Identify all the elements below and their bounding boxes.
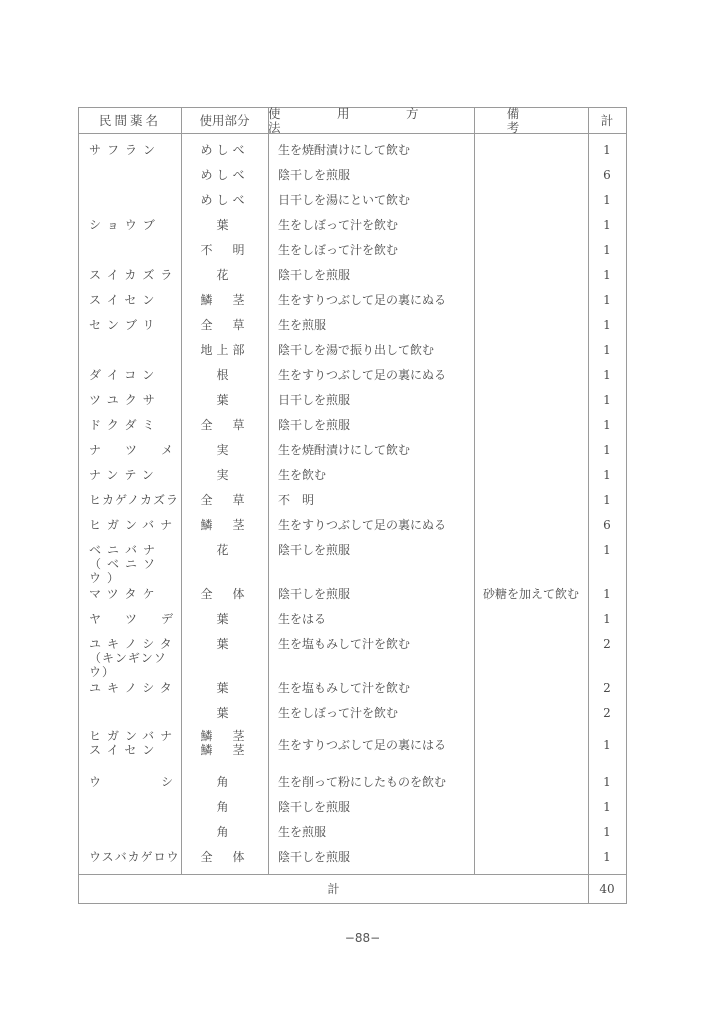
remarks-cell [474,264,588,289]
medicine-name-cell: ツユクサ [79,389,181,414]
medicine-name-cell: ベニバナ（ベニソウ） [79,539,181,581]
total-count: 40 [588,875,626,903]
total-row: 計 40 [79,875,626,903]
medicine-alt-name: （ベニソウ） [89,557,181,585]
count-cell: 1 [588,464,626,489]
medicine-name: ツユクサ [89,393,181,407]
count-cell: 1 [588,539,626,581]
table-row: ヒガンバナ鱗 茎生をすりつぶして足の裏にぬる6 [79,514,626,539]
count-cell: 1 [588,214,626,239]
count-cell: 1 [588,414,626,439]
part-used-cell: めしべ [181,189,268,214]
medicine-name: センブリ [89,318,181,332]
usage-method-cell: 生をすりつぶして足の裏にぬる [268,289,474,314]
remarks-cell [474,846,588,871]
medicine-name: ウスバカゲロウ [89,850,181,864]
count-cell: 1 [588,239,626,264]
medicine-name: スイカズラ [89,268,181,282]
table-row: センブリ全 草生を煎服1 [79,314,626,339]
part-used: 葉 [181,706,268,720]
header-folk-medicine-name: 民間薬名 [79,108,181,133]
medicine-name-cell: ダイコン [79,364,181,389]
part-used-cell: 葉 [181,214,268,239]
remarks-cell [474,514,588,539]
medicine-name-cell: ユキノシタ（キンギンソウ） [79,633,181,675]
usage-method-cell: 生をしぼって汁を飲む [268,214,474,239]
count-cell: 1 [588,608,626,633]
count-cell: 1 [588,439,626,464]
medicine-name: ユキノシタ [89,637,181,651]
remarks-cell [474,796,588,821]
part-used: 葉 [181,393,268,407]
part-used-cell: 葉 [181,608,268,633]
part-used-cell: 葉 [181,633,268,675]
document-page: 民間薬名 使用部分 使 用 方 法 備 考 計 サフランめしべ生を焼酎漬けにして… [0,0,725,1024]
table-row: ショウブ葉生をしぼって汁を飲む1 [79,214,626,239]
medicine-name-cell: ユキノシタ [79,677,181,702]
medicine-name-cell [79,189,181,214]
usage-method-cell: 生を煎服 [268,821,474,846]
table-row: ナ ツ メ実生を焼酎漬けにして飲む1 [79,439,626,464]
medicine-name: サフラン [89,143,181,157]
remarks-cell [474,239,588,264]
total-label: 計 [79,875,588,903]
table-row: 角生を煎服1 [79,821,626,846]
part-used-cell: 全 体 [181,846,268,871]
part-used: 花 [181,268,268,282]
medicine-name-cell: ウ シ [79,771,181,796]
medicine-name: スイセン [89,293,181,307]
count-cell: 1 [588,314,626,339]
usage-method-cell: 生を焼酎漬けにして飲む [268,139,474,164]
count-cell: 1 [588,339,626,364]
remarks-cell [474,439,588,464]
medicine-name-cell: ショウブ [79,214,181,239]
part-used: 実 [181,443,268,457]
part-used-cell: 鱗 茎鱗 茎 [181,727,268,769]
part-used: 鱗 茎 [181,518,268,532]
table-row: スイセン鱗 茎生をすりつぶして足の裏にぬる1 [79,289,626,314]
remarks-cell [474,489,588,514]
medicine-alt-name: スイセン [89,743,181,757]
count-cell: 1 [588,264,626,289]
table-row: ヒカゲノカズラ全 草不 明1 [79,489,626,514]
remarks-cell [474,727,588,769]
table-row: ベニバナ（ベニソウ）花陰干しを煎服1 [79,539,626,581]
part-used: 角 [181,825,268,839]
medicine-name-cell: ヒガンバナスイセン [79,727,181,769]
remarks-cell [474,464,588,489]
medicine-name-cell: サフラン [79,139,181,164]
medicine-alt-name: （キンギンソウ） [89,651,181,679]
part-used-cell: 実 [181,439,268,464]
medicine-name: ヒガンバナ [89,729,181,743]
part-used: めしべ [181,193,268,207]
table-row: 角陰干しを煎服1 [79,796,626,821]
count-cell: 1 [588,489,626,514]
part-used: 鱗 茎 [181,729,268,743]
table-row: スイカズラ花陰干しを煎服1 [79,264,626,289]
usage-method-cell: 生を煎服 [268,314,474,339]
medicine-name-cell: ナ ツ メ [79,439,181,464]
medicine-name-cell: ナンテン [79,464,181,489]
part-used-cell: めしべ [181,139,268,164]
medicine-name: ショウブ [89,218,181,232]
usage-method-cell: 陰干しを煎服 [268,796,474,821]
remarks-cell [474,189,588,214]
medicine-name-cell: ヒカゲノカズラ [79,489,181,514]
medicine-name-cell: センブリ [79,314,181,339]
part-used-cell: 全 草 [181,414,268,439]
remarks-cell [474,539,588,581]
count-cell: 1 [588,364,626,389]
count-cell: 6 [588,514,626,539]
folk-medicine-table: 民間薬名 使用部分 使 用 方 法 備 考 計 サフランめしべ生を焼酎漬けにして… [78,107,627,904]
medicine-name: ダイコン [89,368,181,382]
table-row: めしべ日干しを湯にといて飲む1 [79,189,626,214]
usage-method-cell: 陰干しを煎服 [268,164,474,189]
remarks-cell [474,139,588,164]
part-used: 葉 [181,612,268,626]
usage-method-cell: 陰干しを煎服 [268,539,474,581]
part-used-cell: 全 草 [181,489,268,514]
part-used-cell: 全 草 [181,314,268,339]
part-used: 角 [181,800,268,814]
table-row: ドクダミ全 草陰干しを煎服1 [79,414,626,439]
medicine-name-cell: ヤ ツ デ [79,608,181,633]
remarks-cell [474,771,588,796]
column-divider [588,108,589,903]
part-used: 花 [181,543,268,557]
table-row: 葉生をしぼって汁を飲む2 [79,702,626,727]
table-row: ユキノシタ葉生を塩もみして汁を飲む2 [79,677,626,702]
medicine-name-cell [79,339,181,364]
usage-method-cell: 生をしぼって汁を飲む [268,239,474,264]
table-row: ヒガンバナスイセン鱗 茎鱗 茎生をすりつぶして足の裏にはる1 [79,727,626,769]
part-used: 葉 [181,218,268,232]
remarks-cell: 砂糖を加えて飲む [474,583,588,608]
medicine-name: ナ ツ メ [89,443,181,457]
count-cell: 1 [588,846,626,871]
remarks-cell [474,314,588,339]
part-used-cell: 地上部 [181,339,268,364]
usage-method-cell: 生をしぼって汁を飲む [268,702,474,727]
part-used-cell: 鱗 茎 [181,514,268,539]
medicine-name: ヒガンバナ [89,518,181,532]
medicine-name: ドクダミ [89,418,181,432]
count-cell: 2 [588,702,626,727]
medicine-name-cell: スイセン [79,289,181,314]
usage-method-cell: 陰干しを湯で振り出して飲む [268,339,474,364]
count-cell: 1 [588,821,626,846]
table-row: ヤ ツ デ葉生をはる1 [79,608,626,633]
remarks-cell [474,164,588,189]
part-used: 全 体 [181,850,268,864]
count-cell: 6 [588,164,626,189]
header-remarks: 備 考 [474,108,588,133]
usage-method-cell: 陰干しを煎服 [268,264,474,289]
medicine-name-cell: スイカズラ [79,264,181,289]
part-used: 鱗 茎 [181,293,268,307]
part-used: 葉 [181,681,268,695]
medicine-name-cell [79,702,181,727]
count-cell: 1 [588,583,626,608]
count-cell: 1 [588,727,626,769]
medicine-name-cell: マツタケ [79,583,181,608]
table-row: めしべ陰干しを煎服6 [79,164,626,189]
remarks-cell [474,702,588,727]
part-used-cell: 花 [181,539,268,581]
table-row: サフランめしべ生を焼酎漬けにして飲む1 [79,139,626,164]
medicine-name: ウ シ [89,775,181,789]
part-used-cell: 実 [181,464,268,489]
part-used-cell: 根 [181,364,268,389]
part-used: 実 [181,468,268,482]
medicine-name: ベニバナ [89,543,181,557]
part-used-cell: 葉 [181,702,268,727]
usage-method-cell: 生を飲む [268,464,474,489]
column-divider [181,108,182,874]
remarks-cell [474,214,588,239]
page-number: −88− [0,931,725,945]
part-used-cell: 全 体 [181,583,268,608]
medicine-name: マツタケ [89,587,181,601]
usage-method-cell: 日干しを煎服 [268,389,474,414]
remarks-cell [474,677,588,702]
count-cell: 1 [588,796,626,821]
count-cell: 1 [588,771,626,796]
table-row: 地上部陰干しを湯で振り出して飲む1 [79,339,626,364]
usage-method-cell: 生を焼酎漬けにして飲む [268,439,474,464]
remarks-cell [474,633,588,675]
table-row: ユキノシタ（キンギンソウ）葉生を塩もみして汁を飲む2 [79,633,626,675]
header-part-used: 使用部分 [181,108,268,133]
medicine-name-cell: ウスバカゲロウ [79,846,181,871]
medicine-name-cell: ヒガンバナ [79,514,181,539]
remarks-cell [474,389,588,414]
part-used-cell: 鱗 茎 [181,289,268,314]
table-row: マツタケ全 体陰干しを煎服砂糖を加えて飲む1 [79,583,626,608]
header-divider [79,133,626,134]
table-row: ウスバカゲロウ全 体陰干しを煎服1 [79,846,626,871]
medicine-name: ヤ ツ デ [89,612,181,626]
remarks-cell [474,364,588,389]
usage-method-cell: 生を塩もみして汁を飲む [268,633,474,675]
usage-method-cell: 生をすりつぶして足の裏にぬる [268,514,474,539]
medicine-name-cell [79,796,181,821]
usage-method-cell: 生をすりつぶして足の裏にはる [268,727,474,769]
part-used: 地上部 [181,343,268,357]
usage-method-cell: 日干しを湯にといて飲む [268,189,474,214]
medicine-name-cell: ドクダミ [79,414,181,439]
medicine-name-cell [79,821,181,846]
part-used: 全 草 [181,418,268,432]
usage-method-cell: 生をすりつぶして足の裏にぬる [268,364,474,389]
remarks-cell [474,608,588,633]
header-usage-method: 使 用 方 法 [268,108,474,133]
table-row: ダイコン根生をすりつぶして足の裏にぬる1 [79,364,626,389]
remarks-cell [474,289,588,314]
usage-method-cell: 生をはる [268,608,474,633]
medicine-name: ナンテン [89,468,181,482]
part-used: 角 [181,775,268,789]
part-used-cell: 角 [181,821,268,846]
part-used-cell: 葉 [181,389,268,414]
part-used-cell: 花 [181,264,268,289]
count-cell: 1 [588,189,626,214]
table-row: ツユクサ葉日干しを煎服1 [79,389,626,414]
part-used: めしべ [181,168,268,182]
column-divider [268,108,269,874]
part-used-cell: 葉 [181,677,268,702]
usage-method-cell: 生を塩もみして汁を飲む [268,677,474,702]
table-row: ウ シ角生を削って粉にしたものを飲む1 [79,771,626,796]
medicine-name: ヒカゲノカズラ [89,493,181,507]
medicine-name-cell [79,239,181,264]
column-divider [474,108,475,874]
part-used: 全 体 [181,587,268,601]
part-used: 根 [181,368,268,382]
usage-method-cell: 生を削って粉にしたものを飲む [268,771,474,796]
part-used: 全 草 [181,318,268,332]
part-used-secondary: 鱗 茎 [181,743,268,757]
usage-method-cell: 陰干しを煎服 [268,583,474,608]
count-cell: 2 [588,633,626,675]
part-used: めしべ [181,143,268,157]
part-used-cell: 角 [181,771,268,796]
remarks-cell [474,414,588,439]
part-used: 不 明 [181,243,268,257]
table-header-row: 民間薬名 使用部分 使 用 方 法 備 考 計 [79,108,626,133]
table-row: ナンテン実生を飲む1 [79,464,626,489]
part-used: 全 草 [181,493,268,507]
count-cell: 1 [588,139,626,164]
medicine-name-cell [79,164,181,189]
table-row: 不 明生をしぼって汁を飲む1 [79,239,626,264]
count-cell: 2 [588,677,626,702]
count-cell: 1 [588,389,626,414]
part-used-cell: 角 [181,796,268,821]
remarks-cell [474,339,588,364]
part-used: 葉 [181,637,268,651]
usage-method-cell: 不 明 [268,489,474,514]
part-used-cell: 不 明 [181,239,268,264]
remarks-cell [474,821,588,846]
usage-method-cell: 陰干しを煎服 [268,846,474,871]
count-cell: 1 [588,289,626,314]
usage-method-cell: 陰干しを煎服 [268,414,474,439]
part-used-cell: めしべ [181,164,268,189]
medicine-name: ユキノシタ [89,681,181,695]
header-total: 計 [588,108,626,133]
